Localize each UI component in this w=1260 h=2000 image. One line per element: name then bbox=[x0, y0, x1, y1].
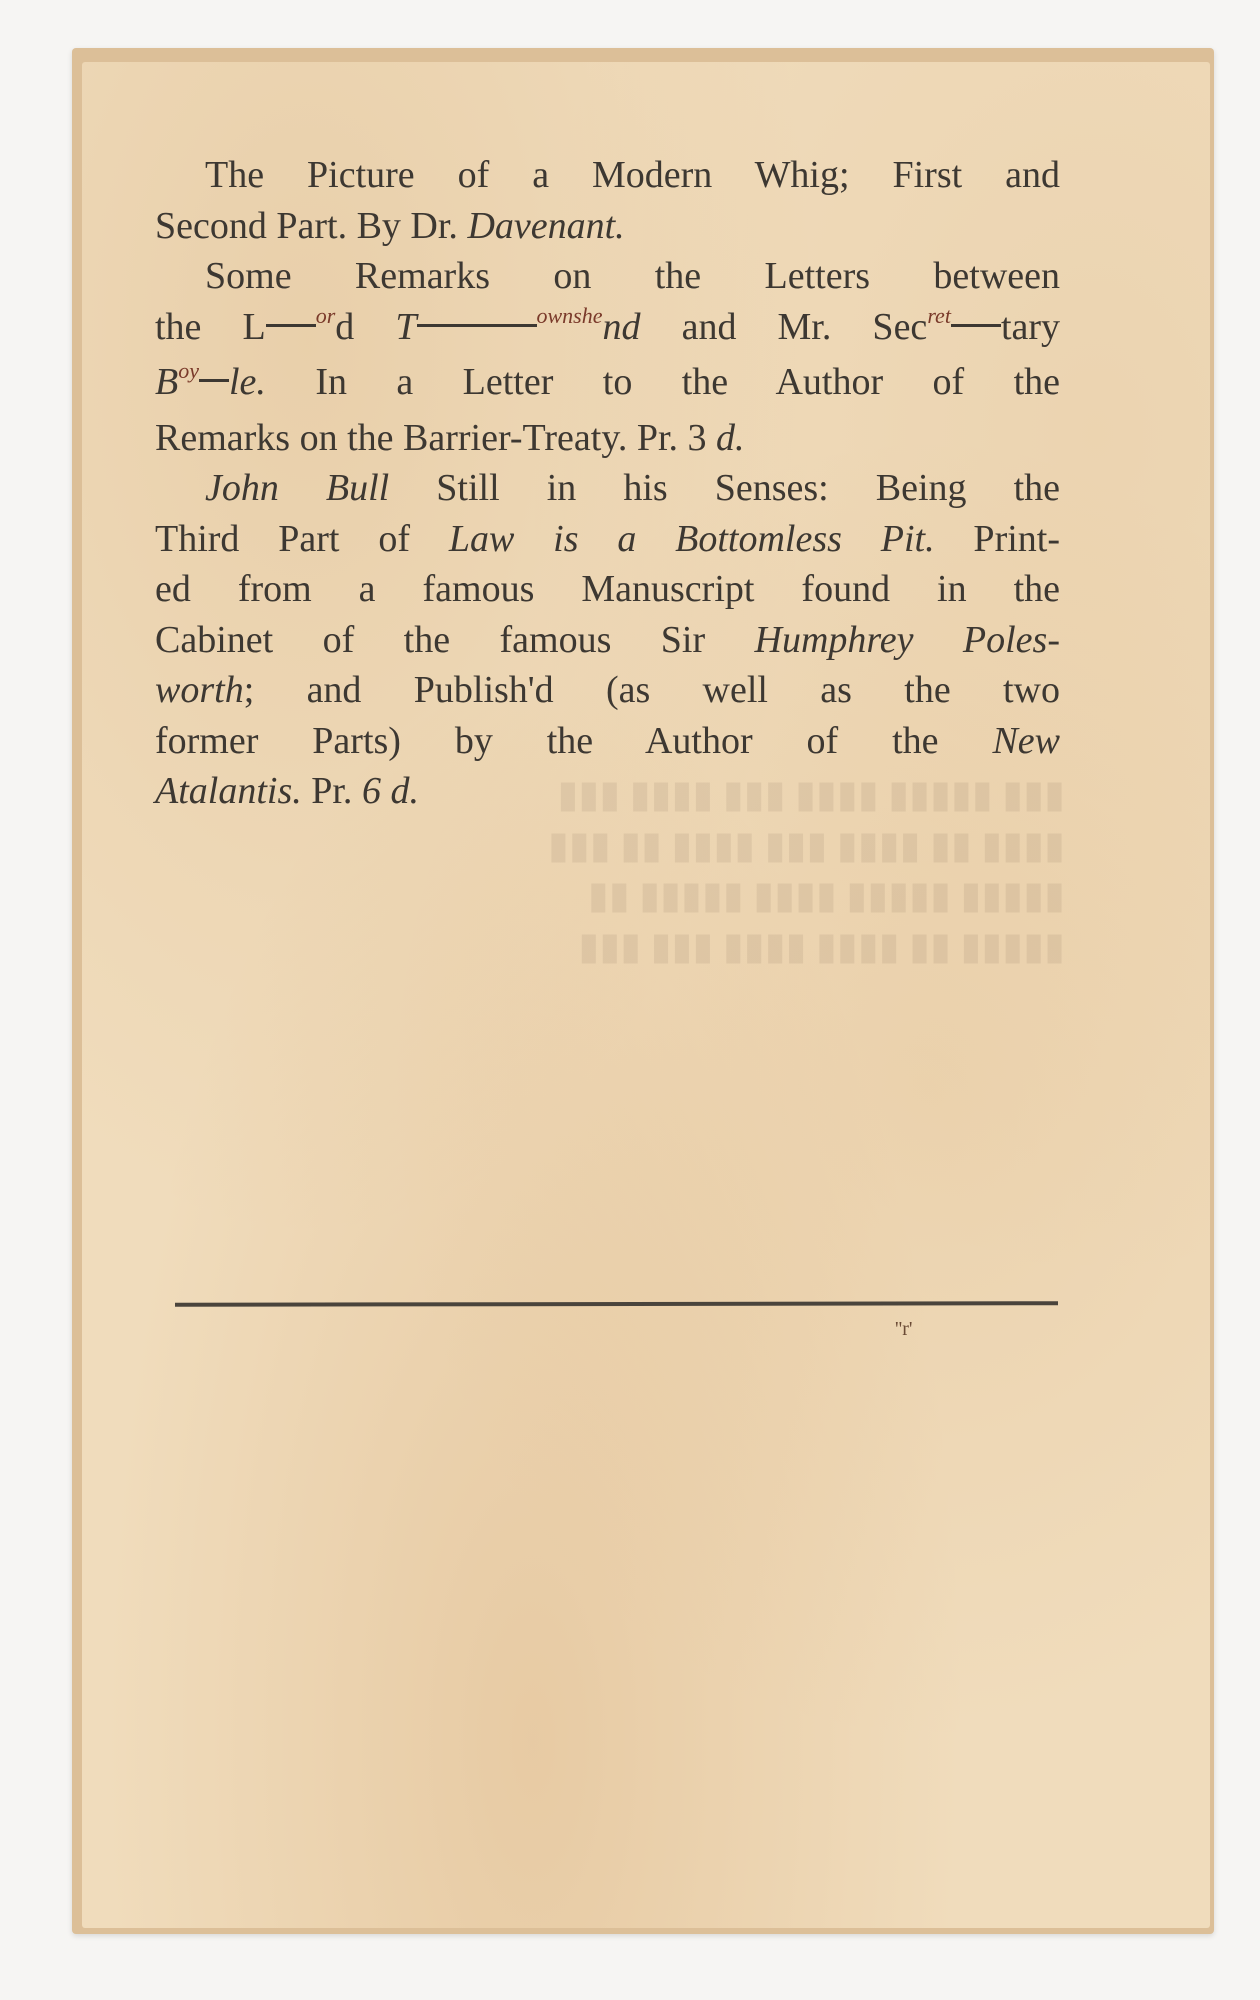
entry-2-line-4: Remarks on the Barrier-Treaty. Pr. 3 d. bbox=[155, 413, 1060, 464]
advertisement-text: The Picture of a Modern Whig; First and … bbox=[155, 150, 1060, 817]
redaction-dash bbox=[266, 324, 316, 327]
manuscript-annotation: ownshe bbox=[537, 303, 603, 328]
entry-2-line-1: Some Remarks on the Letters between bbox=[155, 251, 1060, 302]
redaction-dash bbox=[951, 324, 1001, 327]
entry-2-line-2: the Lord Townshend and Mr. Secrettary bbox=[155, 302, 1060, 358]
entry-3-line-6: former Parts) by the Author of the New bbox=[155, 716, 1060, 767]
entry-3-line-5: worth; and Publish'd (as well as the two bbox=[155, 665, 1060, 716]
manuscript-annotation: oy bbox=[178, 358, 199, 383]
entry-2-line-3: Boyle. In a Letter to the Author of the bbox=[155, 357, 1060, 413]
entry-3-line-3: ed from a famous Manuscript found in the bbox=[155, 564, 1060, 615]
ink-marks: ''r' bbox=[895, 1318, 912, 1341]
entry-3-line-4: Cabinet of the famous Sir Humphrey Poles… bbox=[155, 615, 1060, 666]
redaction-dash bbox=[417, 324, 537, 327]
entry-3-line-1: John Bull Still in his Senses: Being the bbox=[155, 463, 1060, 514]
entry-3-line-7: Atalantis. Pr. 6 d. bbox=[155, 766, 1060, 817]
redaction-dash bbox=[199, 379, 229, 382]
entry-1-line-1: The Picture of a Modern Whig; First and bbox=[155, 150, 1060, 201]
manuscript-annotation: ret bbox=[927, 303, 951, 328]
entry-1-line-2: Second Part. By Dr. Davenant. bbox=[155, 201, 1060, 252]
entry-3-line-2: Third Part of Law is a Bottomless Pit. P… bbox=[155, 514, 1060, 565]
manuscript-annotation: or bbox=[316, 303, 336, 328]
